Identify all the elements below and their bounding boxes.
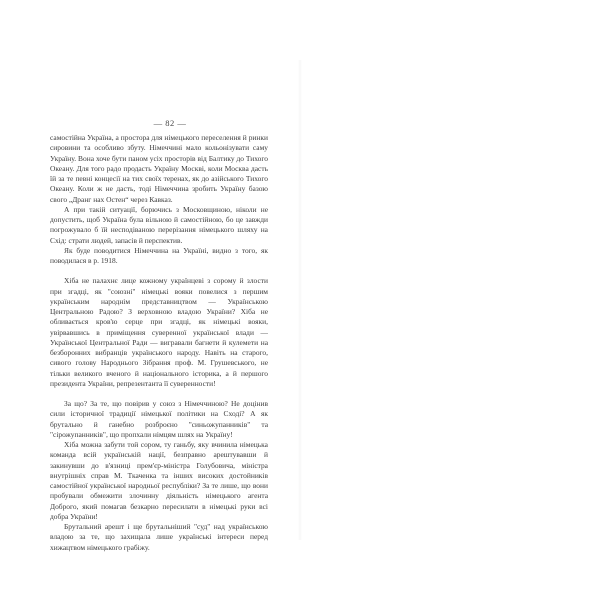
paragraph: За що? За те, що повірив у союз з Німечч… — [50, 399, 268, 440]
paragraph: А при такій ситуації, борючись з Московщ… — [50, 205, 268, 246]
page-number: — 82 — — [40, 118, 300, 128]
left-page-body: самостійна Україна, а простора для німец… — [50, 133, 268, 553]
paragraph: Як буде поводитися Німеччина на Україні,… — [50, 246, 268, 267]
paragraph: самостійна Україна, а простора для німец… — [50, 133, 268, 205]
right-page: УВІЛ В останні роки часто пишеться про н… — [300, 0, 600, 600]
paragraph: Хіба можна забути той сором, ту ганьбу, … — [50, 440, 268, 522]
paragraph: Брутальний арешт і ще брутальніший "суд"… — [50, 522, 268, 553]
left-page: — 82 — самостійна Україна, а простора дл… — [0, 0, 300, 600]
paragraph: Хіба не палахнє лице кожному українцеві … — [50, 276, 268, 389]
book-spread: — 82 — самостійна Україна, а простора дл… — [0, 0, 600, 600]
